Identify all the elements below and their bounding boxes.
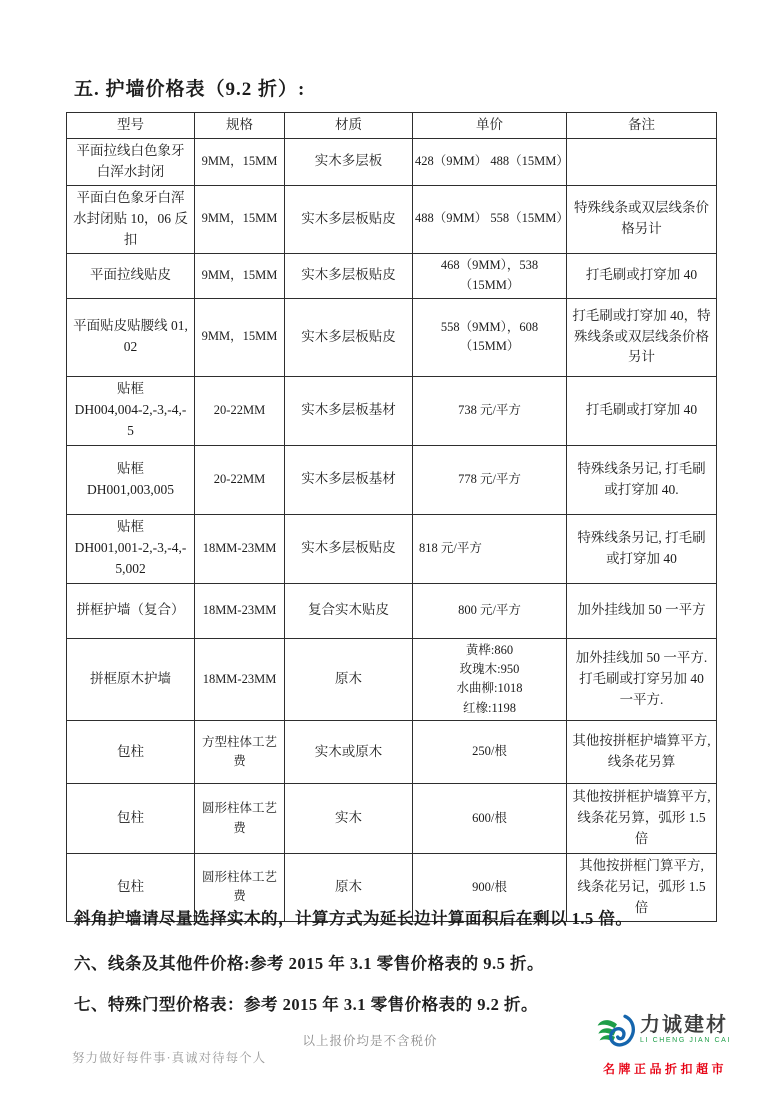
cell-material: 复合实木贴皮 — [285, 583, 413, 638]
cell-note: 打毛刷或打穿加 40 — [567, 253, 717, 298]
cell-spec: 9MM，15MM — [195, 138, 285, 185]
cell-material: 原木 — [285, 638, 413, 721]
cell-model: 平面拉线贴皮 — [67, 253, 195, 298]
cell-material: 实木多层板 — [285, 138, 413, 185]
footer-motto: 努力做好每件事·真诚对待每个人 — [72, 1048, 266, 1066]
header-material: 材质 — [285, 113, 413, 139]
table-row: 贴框 DH004,004-2,-3,-4,-5 20-22MM 实木多层板基材 … — [67, 376, 717, 445]
table-row: 贴框 DH001,003,005 20-22MM 实木多层板基材 778 元/平… — [67, 445, 717, 514]
cell-material: 实木或原木 — [285, 721, 413, 784]
cell-note: 加外挂线加 50 一平方. 打毛刷或打穿另加 40 一平方. — [567, 638, 717, 721]
header-price: 单价 — [413, 113, 567, 139]
cell-material: 实木多层板贴皮 — [285, 514, 413, 583]
cell-model: 平面贴皮贴腰线 01,02 — [67, 298, 195, 376]
cell-price: 818 元/平方 — [413, 514, 567, 583]
header-note: 备注 — [567, 113, 717, 139]
cell-price: 468（9MM），538（15MM） — [413, 253, 567, 298]
table-row: 贴框 DH001,001-2,-3,-4,-5,002 18MM-23MM 实木… — [67, 514, 717, 583]
cell-note: 加外挂线加 50 一平方 — [567, 583, 717, 638]
cell-model: 平面白色象牙白浑水封闭贴 10，06 反扣 — [67, 185, 195, 253]
cell-material: 实木多层板基材 — [285, 445, 413, 514]
logo-pinyin: LI CHENG JIAN CAI — [640, 1037, 731, 1044]
note-section-seven: 七、特殊门型价格表：参考 2015 年 3.1 零售价格表的 9.2 折。 — [74, 991, 734, 1015]
logo-name: 力诚建材 — [640, 1014, 731, 1036]
cell-price: 800 元/平方 — [413, 583, 567, 638]
cell-price: 558（9MM），608（15MM） — [413, 298, 567, 376]
cell-model: 拼框原木护墙 — [67, 638, 195, 721]
cell-price: 428（9MM） 488（15MM） — [413, 138, 567, 185]
header-spec: 规格 — [195, 113, 285, 139]
cell-note: 特殊线条另记, 打毛刷或打穿加 40 — [567, 514, 717, 583]
table-header-row: 型号 规格 材质 单价 备注 — [67, 113, 717, 139]
table-row: 平面拉线贴皮 9MM，15MM 实木多层板贴皮 468（9MM），538（15M… — [67, 253, 717, 298]
cell-note: 其他按拼框护墙算平方, 线条花另算 — [567, 721, 717, 784]
cell-spec: 9MM，15MM — [195, 185, 285, 253]
cell-note: 其他按拼框护墙算平方, 线条花另算，弧形 1.5 倍 — [567, 784, 717, 854]
table-row: 平面贴皮贴腰线 01,02 9MM，15MM 实木多层板贴皮 558（9MM），… — [67, 298, 717, 376]
cell-model: 包柱 — [67, 721, 195, 784]
cell-material: 实木多层板基材 — [285, 376, 413, 445]
cell-spec: 圆形柱体工艺费 — [195, 784, 285, 854]
cell-model: 贴框 DH001,001-2,-3,-4,-5,002 — [67, 514, 195, 583]
table-row: 平面白色象牙白浑水封闭贴 10，06 反扣 9MM，15MM 实木多层板贴皮 4… — [67, 185, 717, 253]
cell-note: 特殊线条或双层线条价格另计 — [567, 185, 717, 253]
cell-material: 实木多层板贴皮 — [285, 298, 413, 376]
company-logo: 力诚建材 LI CHENG JIAN CAI 名牌正品折扣超市 — [597, 1014, 762, 1077]
cell-material: 实木多层板贴皮 — [285, 253, 413, 298]
cell-spec: 18MM-23MM — [195, 638, 285, 721]
logo-tagline: 名牌正品折扣超市 — [603, 1060, 762, 1077]
cell-model: 包柱 — [67, 784, 195, 854]
price-table: 型号 规格 材质 单价 备注 平面拉线白色象牙白浑水封闭 9MM，15MM 实木… — [66, 112, 717, 922]
cell-price: 778 元/平方 — [413, 445, 567, 514]
note-section-six: 六、线条及其他件价格:参考 2015 年 3.1 零售价格表的 9.5 折。 — [74, 950, 734, 974]
cell-model: 贴框 DH004,004-2,-3,-4,-5 — [67, 376, 195, 445]
cell-material: 实木多层板贴皮 — [285, 185, 413, 253]
cell-model: 平面拉线白色象牙白浑水封闭 — [67, 138, 195, 185]
cell-spec: 20-22MM — [195, 376, 285, 445]
cell-model: 贴框 DH001,003,005 — [67, 445, 195, 514]
cell-spec: 18MM-23MM — [195, 583, 285, 638]
cell-material: 实木 — [285, 784, 413, 854]
cell-price: 250/根 — [413, 721, 567, 784]
cell-spec: 9MM，15MM — [195, 298, 285, 376]
cell-price: 488（9MM） 558（15MM） — [413, 185, 567, 253]
cell-spec: 20-22MM — [195, 445, 285, 514]
table-row: 拼框原木护墙 18MM-23MM 原木 黄桦:860 玫瑰木:950 水曲柳:1… — [67, 638, 717, 721]
cell-price: 黄桦:860 玫瑰木:950 水曲柳:1018 红橡:1198 — [413, 638, 567, 721]
cell-note — [567, 138, 717, 185]
cell-note: 特殊线条另记, 打毛刷或打穿加 40. — [567, 445, 717, 514]
cell-note: 打毛刷或打穿加 40 — [567, 376, 717, 445]
cell-price: 738 元/平方 — [413, 376, 567, 445]
cell-spec: 方型柱体工艺费 — [195, 721, 285, 784]
note-bevel-wall: 斜角护墙请尽量选择实木的，计算方式为延长边计算面积后在剩以 1.5 倍。 — [74, 905, 734, 929]
document-page: 五. 护墙价格表（9.2 折）: 型号 规格 材质 单价 备注 平面拉线白色象牙… — [0, 0, 780, 1103]
cell-price: 600/根 — [413, 784, 567, 854]
brand-swirl-icon — [597, 1014, 637, 1056]
cell-spec: 9MM，15MM — [195, 253, 285, 298]
cell-model: 拼框护墙（复合） — [67, 583, 195, 638]
cell-spec: 18MM-23MM — [195, 514, 285, 583]
table-row: 包柱 方型柱体工艺费 实木或原木 250/根 其他按拼框护墙算平方, 线条花另算 — [67, 721, 717, 784]
header-model: 型号 — [67, 113, 195, 139]
table-row: 拼框护墙（复合） 18MM-23MM 复合实木贴皮 800 元/平方 加外挂线加… — [67, 583, 717, 638]
page-title: 五. 护墙价格表（9.2 折）: — [74, 74, 305, 101]
table-row: 平面拉线白色象牙白浑水封闭 9MM，15MM 实木多层板 428（9MM） 48… — [67, 138, 717, 185]
cell-note: 打毛刷或打穿加 40，特殊线条或双层线条价格另计 — [567, 298, 717, 376]
table-row: 包柱 圆形柱体工艺费 实木 600/根 其他按拼框护墙算平方, 线条花另算，弧形… — [67, 784, 717, 854]
